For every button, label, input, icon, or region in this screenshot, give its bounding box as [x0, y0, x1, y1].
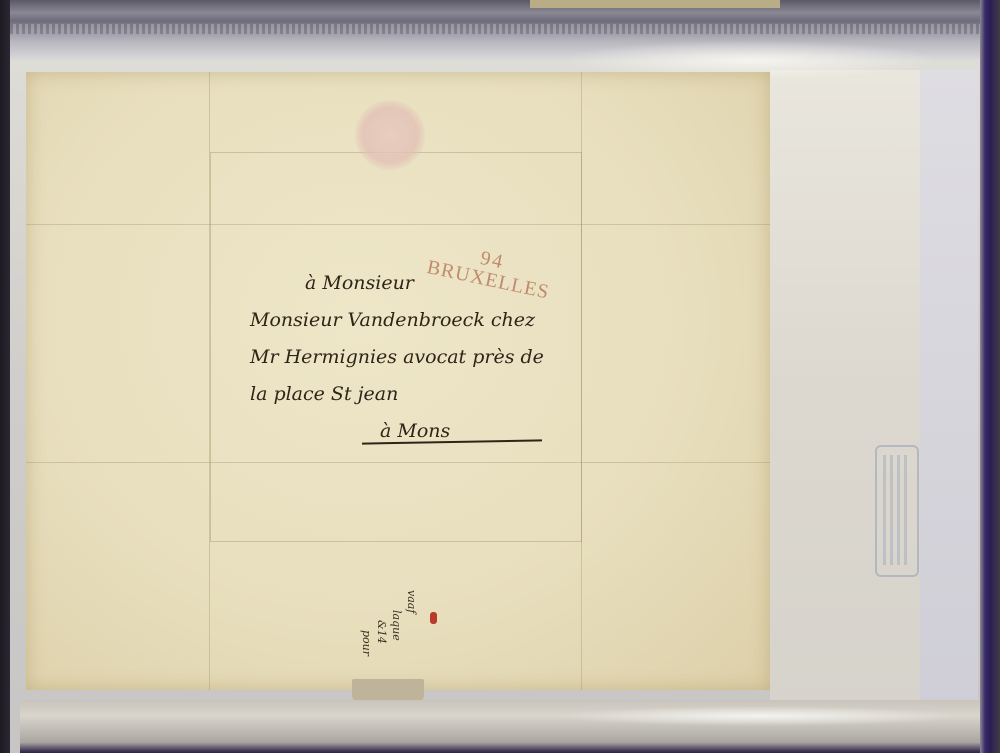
address-line: à Mons: [250, 413, 544, 450]
address-block: à Monsieur Monsieur Vandenbroeck chez Mr…: [250, 265, 544, 450]
address-line: la place St jean: [250, 376, 544, 413]
address-line: Mr Hermignies avocat près de: [250, 339, 544, 376]
note: pour: [360, 630, 373, 656]
address-line: à Monsieur: [250, 265, 544, 302]
note: &14: [375, 620, 388, 644]
archive-stamp-text: [883, 455, 909, 565]
note: vaaf: [405, 590, 418, 613]
plastic-glare: [560, 706, 960, 726]
wax-seal-icon: [355, 100, 425, 170]
sleeve-backing-sheet: [770, 70, 920, 710]
sleeve-seam: [10, 24, 980, 34]
sleeve-right-edge: [920, 70, 978, 710]
note: laque: [390, 610, 403, 641]
archive-stamp: [875, 445, 919, 577]
address-line: Monsieur Vandenbroeck chez: [250, 302, 544, 339]
red-wax-fragment: [430, 612, 437, 624]
paper-scrap-above: [530, 0, 780, 8]
